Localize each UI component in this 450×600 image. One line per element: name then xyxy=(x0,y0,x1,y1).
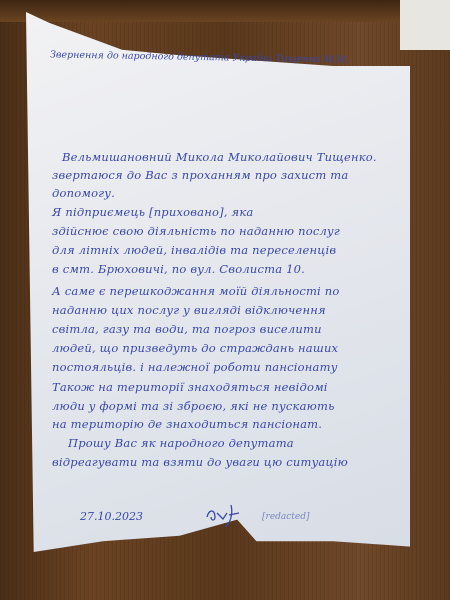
letter-line: Також на території знаходяться невідомі xyxy=(52,380,328,394)
letter-line: для літніх людей, інвалідів та переселен… xyxy=(52,243,336,257)
letter-line: звертаюся до Вас з проханням про захист … xyxy=(52,168,348,182)
letter-line: людей, що призведуть до страждань наших xyxy=(52,341,338,355)
paper-sheet xyxy=(26,12,410,552)
letter-line: світла, газу та води, та погроз виселити xyxy=(52,322,322,336)
letter-line: здійснює свою діяльність по наданню посл… xyxy=(52,224,340,238)
signature-scribble-icon xyxy=(205,503,245,529)
letter-line: постояльців. і належної роботи пансіонат… xyxy=(52,360,338,374)
wall-corner xyxy=(400,0,450,50)
letter-line: Прошу Вас як народного депутата xyxy=(68,436,294,450)
letter-line: в смт. Брюховичі, по вул. Сволиста 10. xyxy=(52,262,305,276)
letter-line: на територію де знаходиться пансіонат. xyxy=(52,417,322,431)
letter-line: люди у формі та зі зброєю, які не пускаю… xyxy=(52,399,335,413)
wooden-shelf xyxy=(0,0,410,22)
redacted-name: [redacted] xyxy=(262,512,310,522)
letter-line: А саме є перешкоджання моїй діяльності п… xyxy=(52,284,340,298)
signature xyxy=(205,503,245,533)
letter-line: наданню цих послуг у вигляді відключення xyxy=(52,303,326,317)
letter-line: Я підприємець [приховано], яка xyxy=(52,205,253,219)
letter-line: відреагувати та взяти до уваги цю ситуац… xyxy=(52,455,348,469)
letter-date: 27.10.2023 xyxy=(80,510,143,523)
letter-line: Вельмишановний Микола Миколайович Тищенк… xyxy=(62,150,377,164)
letter-line: допомогу. xyxy=(52,186,115,200)
